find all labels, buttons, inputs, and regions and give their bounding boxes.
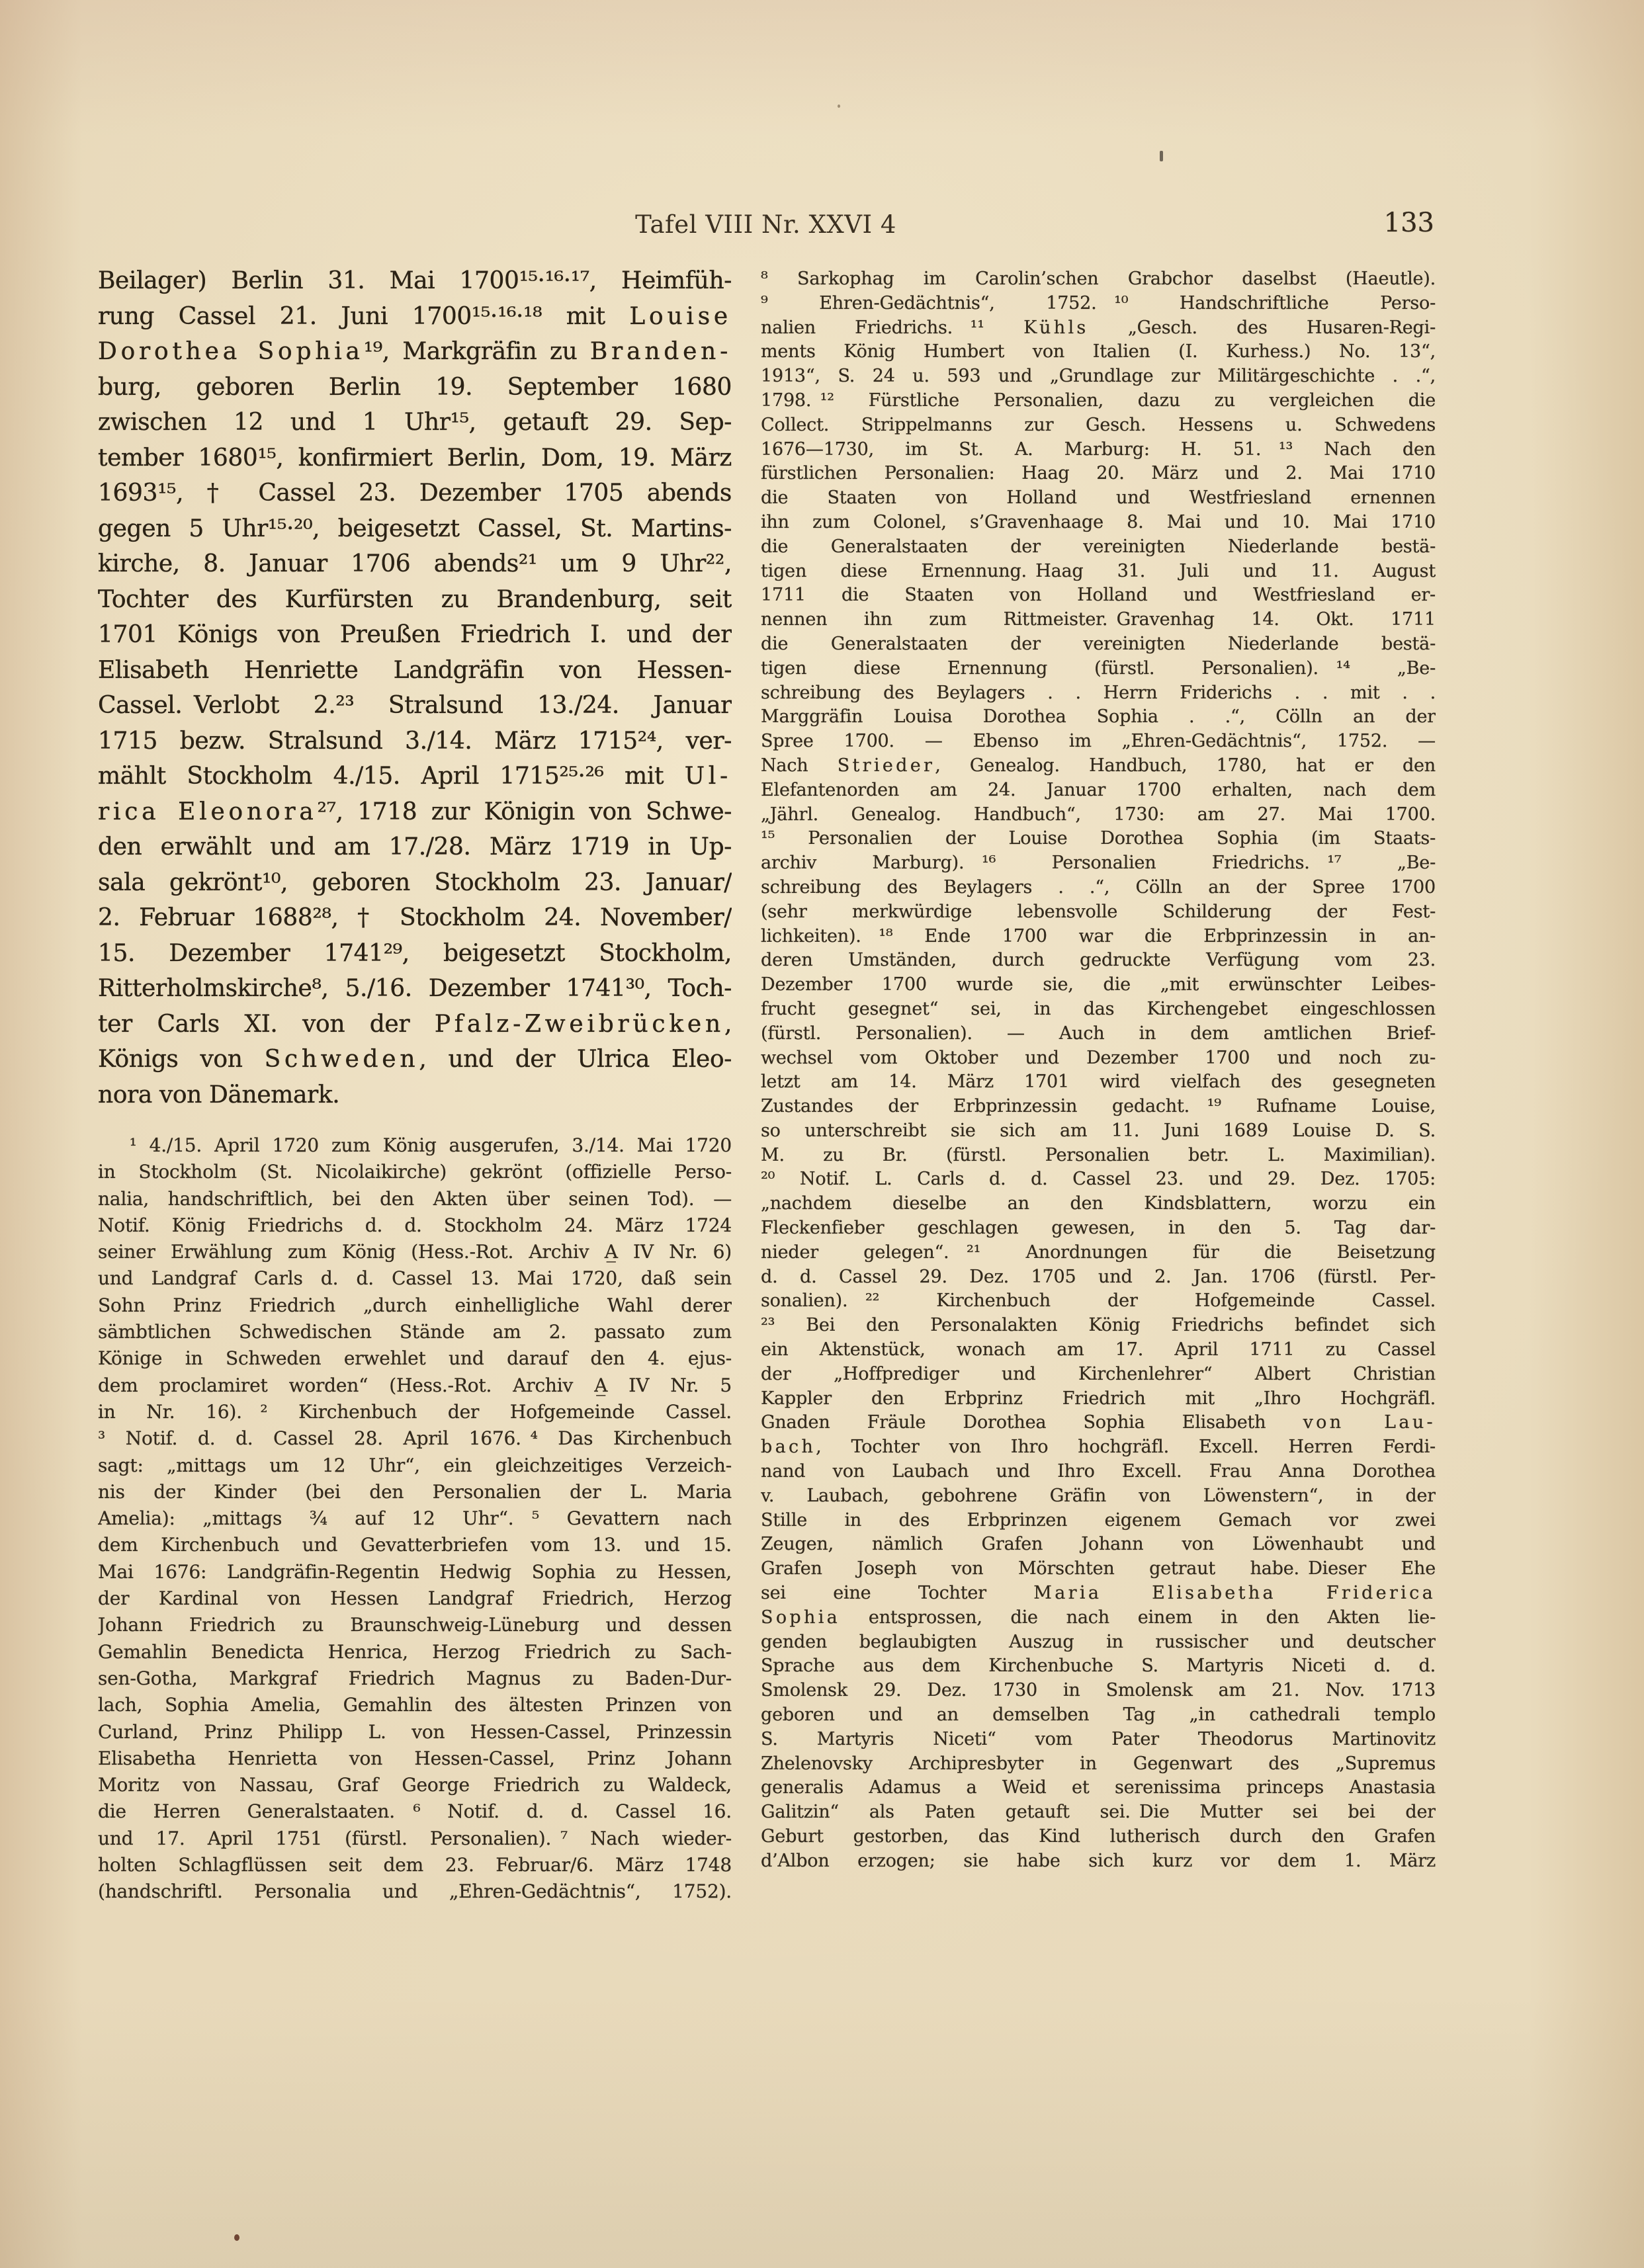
text-line: in Stockholm (St. Nicolaikirche) gekrönt…	[98, 1159, 732, 1185]
text-line: sagt: „mittags um 12 Uhr“, ein gleichzei…	[98, 1452, 732, 1479]
text-line: Gnaden Fräule Dorothea Sophia Elisabeth …	[761, 1411, 1436, 1435]
text-line: frucht gesegnet“ sei, in das Kirchengebe…	[761, 997, 1436, 1022]
text-line: fürstlichen Personalien: Haag 20. März u…	[761, 462, 1436, 486]
text-line: und 17. April 1751 (fürstl. Personalien)…	[98, 1826, 732, 1852]
text-line: Sprache aus dem Kirchenbuche S. Martyris…	[761, 1654, 1436, 1679]
text-line: in Nr. 16). ² Kirchenbuch der Hofgemeind…	[98, 1399, 732, 1425]
text-line: mählt Stockholm 4./15. April 1715²⁵·²⁶ m…	[98, 759, 732, 794]
text-line: (fürstl. Personalien). — Auch in dem amt…	[761, 1022, 1436, 1046]
text-line: nand von Laubach und Ihro Excell. Frau A…	[761, 1460, 1436, 1484]
text-line: nora von Dänemark.	[98, 1077, 732, 1113]
text-line: ⁹ Ehren-Gedächtnis“, 1752. ¹⁰ Handschrif…	[761, 292, 1436, 316]
text-line: die Generalstaaten der vereinigten Niede…	[761, 535, 1436, 560]
paper-speck	[1160, 151, 1163, 161]
text-line: nalia, handschriftlich, bei den Akten üb…	[98, 1186, 732, 1212]
text-line: schreibung des Beylagers . . Herrn Fride…	[761, 681, 1436, 706]
text-line: „nachdem dieselbe an den Kindsblattern, …	[761, 1192, 1436, 1216]
text-line: burg, geboren Berlin 19. September 1680	[98, 370, 732, 405]
text-line: Notif. König Friedrichs d. d. Stockholm …	[98, 1212, 732, 1239]
paper-speck	[838, 105, 840, 108]
text-line: Spree 1700. — Ebenso im „Ehren-Gedächtni…	[761, 730, 1436, 754]
text-line: der Kardinal von Hessen Landgraf Friedri…	[98, 1585, 732, 1612]
text-line: seiner Erwählung zum König (Hess.-Rot. A…	[98, 1239, 732, 1265]
text-line: Tochter des Kurfürsten zu Brandenburg, s…	[98, 582, 732, 618]
text-line: Dezember 1700 wurde sie, die „mit erwüns…	[761, 973, 1436, 997]
main-text-column: Beilager) Berlin 31. Mai 1700¹⁵·¹⁶·¹⁷, H…	[98, 263, 732, 1113]
text-line: die Generalstaaten der vereinigten Niede…	[761, 632, 1436, 657]
text-line: und Landgraf Carls d. d. Cassel 13. Mai …	[98, 1265, 732, 1292]
text-line: ter Carls XI. von der Pfalz-Zweibrücken,	[98, 1007, 732, 1042]
text-line: der „Hoffprediger und Kirchenlehrer“ Alb…	[761, 1363, 1436, 1387]
text-line: 1913“, S. 24 u. 593 und „Grundlage zur M…	[761, 364, 1436, 389]
text-line: Nach Strieder, Genealog. Handbuch, 1780,…	[761, 754, 1436, 778]
text-line: Beilager) Berlin 31. Mai 1700¹⁵·¹⁶·¹⁷, H…	[98, 263, 732, 299]
text-line: 1711 die Staaten von Holland und Westfri…	[761, 583, 1436, 608]
text-line: Elisabeth Henriette Landgräfin von Hesse…	[98, 653, 732, 689]
text-line: lichkeiten). ¹⁸ Ende 1700 war die Erbpri…	[761, 925, 1436, 949]
text-line: sala gekrönt¹⁰, geboren Stockholm 23. Ja…	[98, 865, 732, 901]
text-line: Zhelenovsky Archipresbyter in Gegenwart …	[761, 1752, 1436, 1777]
text-line: Collect. Strippelmanns zur Gesch. Hessen…	[761, 413, 1436, 438]
paper-speck	[234, 2234, 239, 2241]
text-line: Dorothea Sophia¹⁹, Markgräfin zu Branden…	[98, 334, 732, 370]
text-line: Elisabetha Henrietta von Hessen-Cassel, …	[98, 1745, 732, 1772]
text-line: Ritterholmskirche⁸, 5./16. Dezember 1741…	[98, 971, 732, 1007]
text-line: ¹ 4./15. April 1720 zum König ausgerufen…	[98, 1132, 732, 1159]
text-line: ein Aktenstück, wonach am 17. April 1711…	[761, 1338, 1436, 1363]
text-line: Zeugen, nämlich Grafen Johann von Löwenh…	[761, 1533, 1436, 1557]
text-line: Moritz von Nassau, Graf George Friedrich…	[98, 1772, 732, 1798]
text-line: Geburt gestorben, das Kind lutherisch du…	[761, 1825, 1436, 1849]
text-line: (sehr merkwürdige lebensvolle Schilderun…	[761, 900, 1436, 925]
text-line: Zustandes der Erbprinzessin gedacht. ¹⁹ …	[761, 1095, 1436, 1119]
text-line: tigen diese Ernennung. Haag 31. Juli und…	[761, 560, 1436, 584]
text-line: Stille in des Erbprinzen eigenem Gemach …	[761, 1509, 1436, 1533]
text-line: Könige in Schweden erwehlet und darauf d…	[98, 1345, 732, 1372]
text-line: 1798. ¹² Fürstliche Personalien, dazu zu…	[761, 389, 1436, 413]
text-line: M. zu Br. (fürstl. Personalien betr. L. …	[761, 1144, 1436, 1168]
text-line: schreibung des Beylagers . .“, Cölln an …	[761, 876, 1436, 900]
text-line: Fleckenfieber geschlagen gewesen, in den…	[761, 1216, 1436, 1241]
text-line: den erwählt und am 17./28. März 1719 in …	[98, 829, 732, 865]
text-line: d. d. Cassel 29. Dez. 1705 und 2. Jan. 1…	[761, 1265, 1436, 1290]
text-line: nieder gelegen“. ²¹ Anordnungen für die …	[761, 1241, 1436, 1265]
text-line: holten Schlagflüssen seit dem 23. Februa…	[98, 1852, 732, 1878]
text-line: generalis Adamus a Weid et serenissima p…	[761, 1776, 1436, 1800]
text-line: Gemahlin Benedicta Henrica, Herzog Fried…	[98, 1639, 732, 1665]
text-line: d’Albon erzogen; sie habe sich kurz vor …	[761, 1849, 1436, 1874]
text-line: dem Kirchenbuch und Gevatterbriefen vom …	[98, 1532, 732, 1558]
text-line: sei eine Tochter Maria Elisabetha Frider…	[761, 1581, 1436, 1606]
text-line: letzt am 14. März 1701 wird vielfach des…	[761, 1070, 1436, 1095]
text-line: (handschriftl. Personalia und „Ehren-Ged…	[98, 1878, 732, 1905]
text-line: „Jährl. Genealog. Handbuch“, 1730: am 27…	[761, 803, 1436, 827]
text-line: ⁸ Sarkophag im Carolin’schen Grabchor da…	[761, 267, 1436, 292]
text-line: die Herren Generalstaaten. ⁶ Notif. d. d…	[98, 1798, 732, 1825]
page-number: 133	[99, 208, 1434, 238]
text-line: wechsel vom Oktober und Dezember 1700 un…	[761, 1046, 1436, 1071]
text-line: Johann Friedrich zu Braunschweig-Lünebur…	[98, 1612, 732, 1638]
text-line: Grafen Joseph von Mörschten getraut habe…	[761, 1557, 1436, 1581]
text-line: ¹⁵ Personalien der Louise Dorothea Sophi…	[761, 827, 1436, 851]
scanned-book-page: Tafel VIII Nr. XXVI 4 133 Beilager) Berl…	[0, 0, 1644, 2268]
text-line: so unterschreibt sie sich am 11. Juni 16…	[761, 1119, 1436, 1144]
text-line: bach, Tochter von Ihro hochgräfl. Excell…	[761, 1435, 1436, 1460]
text-line: sen-Gotha, Markgraf Friedrich Magnus zu …	[98, 1665, 732, 1692]
text-line: nalien Friedrichs. ¹¹ Kühls „Gesch. des …	[761, 316, 1436, 341]
text-line: 15. Dezember 1741²⁹, beigesetzt Stockhol…	[98, 936, 732, 972]
text-line: die Staaten von Holland und Westfrieslan…	[761, 486, 1436, 511]
text-line: sämbtlichen Schwedischen Stände am 2. pa…	[98, 1319, 732, 1345]
text-line: ³ Notif. d. d. Cassel 28. April 1676. ⁴ …	[98, 1425, 732, 1452]
text-line: Elefantenorden am 24. Januar 1700 erhalt…	[761, 778, 1436, 803]
text-line: Königs von Schweden, und der Ulrica Eleo…	[98, 1042, 732, 1077]
text-line: lach, Sophia Amelia, Gemahlin des ältest…	[98, 1692, 732, 1718]
text-line: geboren und an demselben Tag „in cathedr…	[761, 1703, 1436, 1728]
text-line: rung Cassel 21. Juni 1700¹⁵·¹⁶·¹⁸ mit Lo…	[98, 299, 732, 335]
left-footnote-column: ¹ 4./15. April 1720 zum König ausgerufen…	[98, 1132, 732, 1906]
text-line: 1676—1730, im St. A. Marburg: H. 51. ¹³ …	[761, 438, 1436, 462]
text-line: Curland, Prinz Philipp L. von Hessen-Cas…	[98, 1719, 732, 1745]
text-line: 2. Februar 1688²⁸, † Stockholm 24. Novem…	[98, 900, 732, 936]
text-line: sonalien). ²² Kirchenbuch der Hofgemeind…	[761, 1289, 1436, 1314]
text-line: Amelia): „mittags ¾ auf 12 Uhr“. ⁵ Gevat…	[98, 1505, 732, 1532]
text-line: Sophia entsprossen, die nach einem in de…	[761, 1606, 1436, 1630]
text-line: dem proclamiret worden“ (Hess.-Rot. Arch…	[98, 1372, 732, 1399]
text-line: nis der Kinder (bei den Personalien der …	[98, 1479, 732, 1505]
text-line: Mai 1676: Landgräfin-Regentin Hedwig Sop…	[98, 1559, 732, 1585]
text-line: ments König Humbert von Italien (I. Kurh…	[761, 340, 1436, 364]
text-line: Marggräfin Louisa Dorothea Sophia . .“, …	[761, 705, 1436, 730]
text-line: Smolensk 29. Dez. 1730 in Smolensk am 21…	[761, 1679, 1436, 1703]
text-line: tigen diese Ernennung (fürstl. Personali…	[761, 657, 1436, 681]
text-line: genden beglaubigten Auszug in russischer…	[761, 1630, 1436, 1655]
right-footnote-column: ⁸ Sarkophag im Carolin’schen Grabchor da…	[761, 267, 1436, 1874]
text-line: deren Umständen, durch gedruckte Verfügu…	[761, 948, 1436, 973]
text-line: ²³ Bei den Personalakten König Friedrich…	[761, 1314, 1436, 1338]
text-line: Galitzin“ als Paten getauft sei. Die Mut…	[761, 1800, 1436, 1825]
text-line: Sohn Prinz Friedrich „durch einhelliglic…	[98, 1292, 732, 1319]
text-line: rica Eleonora²⁷, 1718 zur Königin von Sc…	[98, 794, 732, 830]
text-line: tember 1680¹⁵, konfirmiert Berlin, Dom, …	[98, 441, 732, 476]
text-line: 1693¹⁵, † Cassel 23. Dezember 1705 abend…	[98, 476, 732, 511]
text-line: S. Martyris Niceti“ vom Pater Theodorus …	[761, 1728, 1436, 1752]
text-line: Kappler den Erbprinz Friedrich mit „Ihro…	[761, 1387, 1436, 1411]
text-line: ihn zum Colonel, s’Gravenhaage 8. Mai un…	[761, 511, 1436, 535]
text-line: ²⁰ Notif. L. Carls d. d. Cassel 23. und …	[761, 1167, 1436, 1192]
text-line: Cassel. Verlobt 2.²³ Stralsund 13./24. J…	[98, 688, 732, 724]
text-line: v. Laubach, gebohrene Gräfin von Löwenst…	[761, 1484, 1436, 1509]
text-line: nennen ihn zum Rittmeister. Gravenhag 14…	[761, 608, 1436, 632]
text-line: zwischen 12 und 1 Uhr¹⁵, getauft 29. Sep…	[98, 405, 732, 441]
text-line: kirche, 8. Januar 1706 abends²¹ um 9 Uhr…	[98, 546, 732, 582]
text-line: archiv Marburg). ¹⁶ Personalien Friedric…	[761, 851, 1436, 876]
text-line: gegen 5 Uhr¹⁵·²⁰, beigesetzt Cassel, St.…	[98, 511, 732, 547]
text-line: 1715 bezw. Stralsund 3./14. März 1715²⁴,…	[98, 724, 732, 759]
text-line: 1701 Königs von Preußen Friedrich I. und…	[98, 617, 732, 653]
